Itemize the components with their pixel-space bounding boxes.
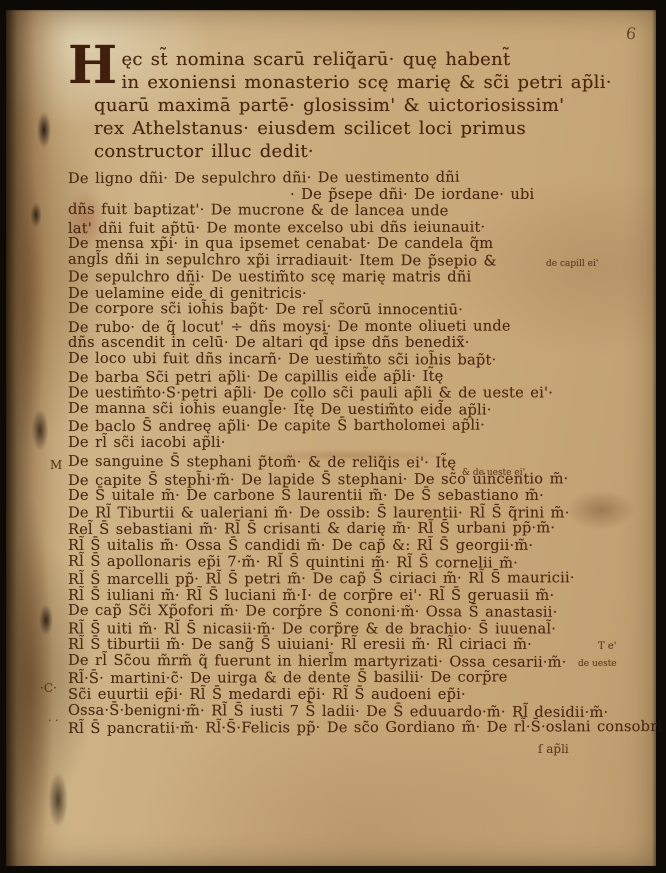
heading-line: quarū maximā partē· glosissim' & uictori…: [94, 94, 634, 117]
heading-block: Hęc st̃ nomina scarū reliq̃arū· quę habe…: [94, 48, 634, 163]
manuscript-line: De S̄ uitale m̃· De carbone S̄ laurentii…: [68, 488, 660, 505]
manuscript-line: Rl̃ S̄ pancratii·m̃· Rl̃·S̄·Felicis pp̃·…: [68, 719, 660, 738]
initial-letter-H: H: [68, 46, 117, 86]
binding-gutter: [6, 10, 70, 866]
heading-line: in exoniensi monasterio scę marię & sc̃i…: [94, 71, 634, 94]
heading-line-text: ęc st̃ nomina scarū reliq̃arū· quę haben…: [121, 49, 510, 70]
heading-line: rex Athelstanus· eiusdem scilicet loci p…: [94, 117, 634, 140]
photo-edge: [0, 0, 666, 12]
manuscript-line: De rl̃ sc̃i iacobi ap̃li·: [68, 435, 660, 452]
marginal-note: ſ ap̃li: [538, 742, 569, 756]
heading-line: Hęc st̃ nomina scarū reliq̃arū· quę habe…: [94, 48, 634, 71]
parchment-page: 6 Hęc st̃ nomina scarū reliq̃arū· quę ha…: [6, 10, 656, 866]
manuscript-line: De ligno dñi· De sepulchro dñi· De uesti…: [68, 169, 660, 188]
manuscript-line: Rl̃ S̄ uitalis m̃· Ossa S̄ candidi m̃· D…: [68, 538, 660, 555]
heading-line: constructor illuc dedit·: [94, 140, 634, 163]
folio-number: 6: [625, 23, 638, 43]
marginal-note: & de ueste ei': [462, 468, 525, 478]
photo-edge: [0, 865, 666, 873]
text-lines: De ligno dñi· De sepulchro dñi· De uesti…: [68, 170, 660, 737]
marginal-note: de capill ei': [546, 259, 598, 269]
marginal-note: M: [50, 458, 62, 472]
marginal-note: de ueste: [578, 659, 617, 669]
manuscript-line: Sc̃i euurtii ep̃i· Rl̃ S̄ medardi ep̃i· …: [68, 687, 660, 704]
manuscript-photo: 6 Hęc st̃ nomina scarū reliq̃arū· quę ha…: [0, 0, 666, 873]
manuscript-line: De barba Sc̃i petri ap̃li· De capillis e…: [68, 368, 660, 387]
manuscript-line: De loco ubi fuit dñs incarñ· De uestim̃t…: [68, 351, 660, 370]
marginal-note: T e': [598, 641, 617, 652]
manuscript-line: De baclo S̄ andreę ap̃li· De capite S̄ b…: [68, 417, 660, 436]
photo-edge: [652, 0, 666, 873]
manuscript-line: Rl̃ S̄ marcelli pp̃· Rl̃ S̄ petri m̃· De…: [68, 570, 660, 589]
marginal-note: · ·: [48, 714, 59, 727]
manuscript-line: De sepulchro dñi· De uestim̃to scę marię…: [68, 270, 660, 287]
marginal-note: ·C·: [40, 681, 57, 695]
manuscript-line: De cap̃ Sc̃i Xp̃ofori m̃· De corp̃re S̄ …: [68, 603, 660, 622]
